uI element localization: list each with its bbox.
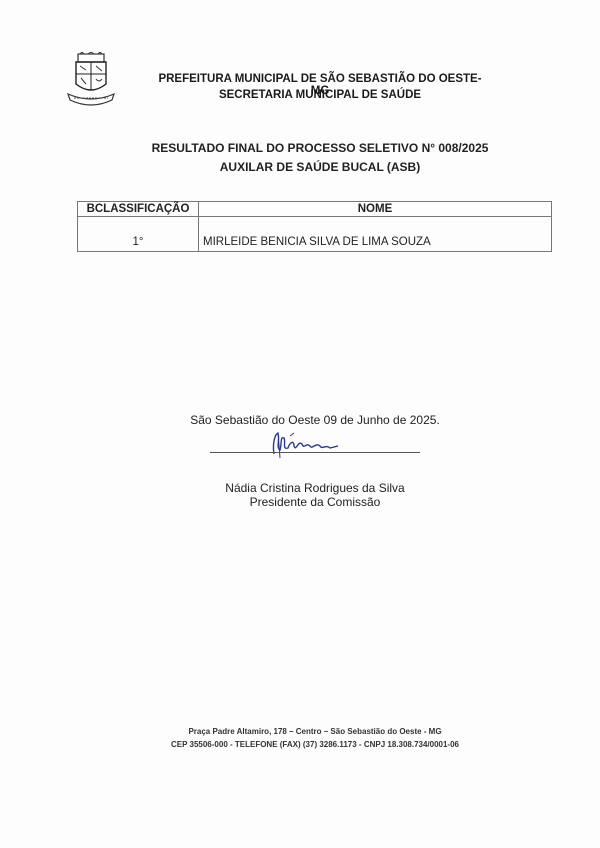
- table-row: 1° MIRLEIDE BENICIA SILVA DE LIMA SOUZA: [78, 217, 552, 252]
- coat-of-arms-icon: [66, 52, 116, 108]
- results-table: BCLASSIFICAÇÃO NOME 1° MIRLEIDE BENICIA …: [77, 201, 552, 252]
- footer-address: Praça Padre Altamiro, 178 – Centro – São…: [100, 727, 530, 736]
- cell-classification: 1°: [78, 217, 199, 252]
- signature-icon: [268, 428, 348, 460]
- document-subtitle: AUXILAR DE SAÚDE BUCAL (ASB): [100, 160, 540, 174]
- footer-contact: CEP 35506-000 - TELEFONE (FAX) (37) 3286…: [100, 740, 530, 749]
- signature-line: [210, 452, 420, 453]
- column-header-name: NOME: [199, 202, 552, 217]
- document-page: PREFEITURA MUNICIPAL DE SÃO SEBASTIÃO DO…: [0, 0, 600, 848]
- header-line-2: SECRETARIA MUNICIPAL DE SAÚDE: [150, 89, 490, 101]
- table-header-row: BCLASSIFICAÇÃO NOME: [78, 202, 552, 217]
- signer-role: Presidente da Comissão: [150, 495, 480, 509]
- column-header-classification: BCLASSIFICAÇÃO: [78, 202, 199, 217]
- place-and-date: São Sebastião do Oeste 09 de Junho de 20…: [150, 413, 480, 427]
- signer-name: Nádia Cristina Rodrigues da Silva: [150, 481, 480, 495]
- cell-name: MIRLEIDE BENICIA SILVA DE LIMA SOUZA: [199, 217, 552, 252]
- document-title: RESULTADO FINAL DO PROCESSO SELETIVO N° …: [100, 141, 540, 155]
